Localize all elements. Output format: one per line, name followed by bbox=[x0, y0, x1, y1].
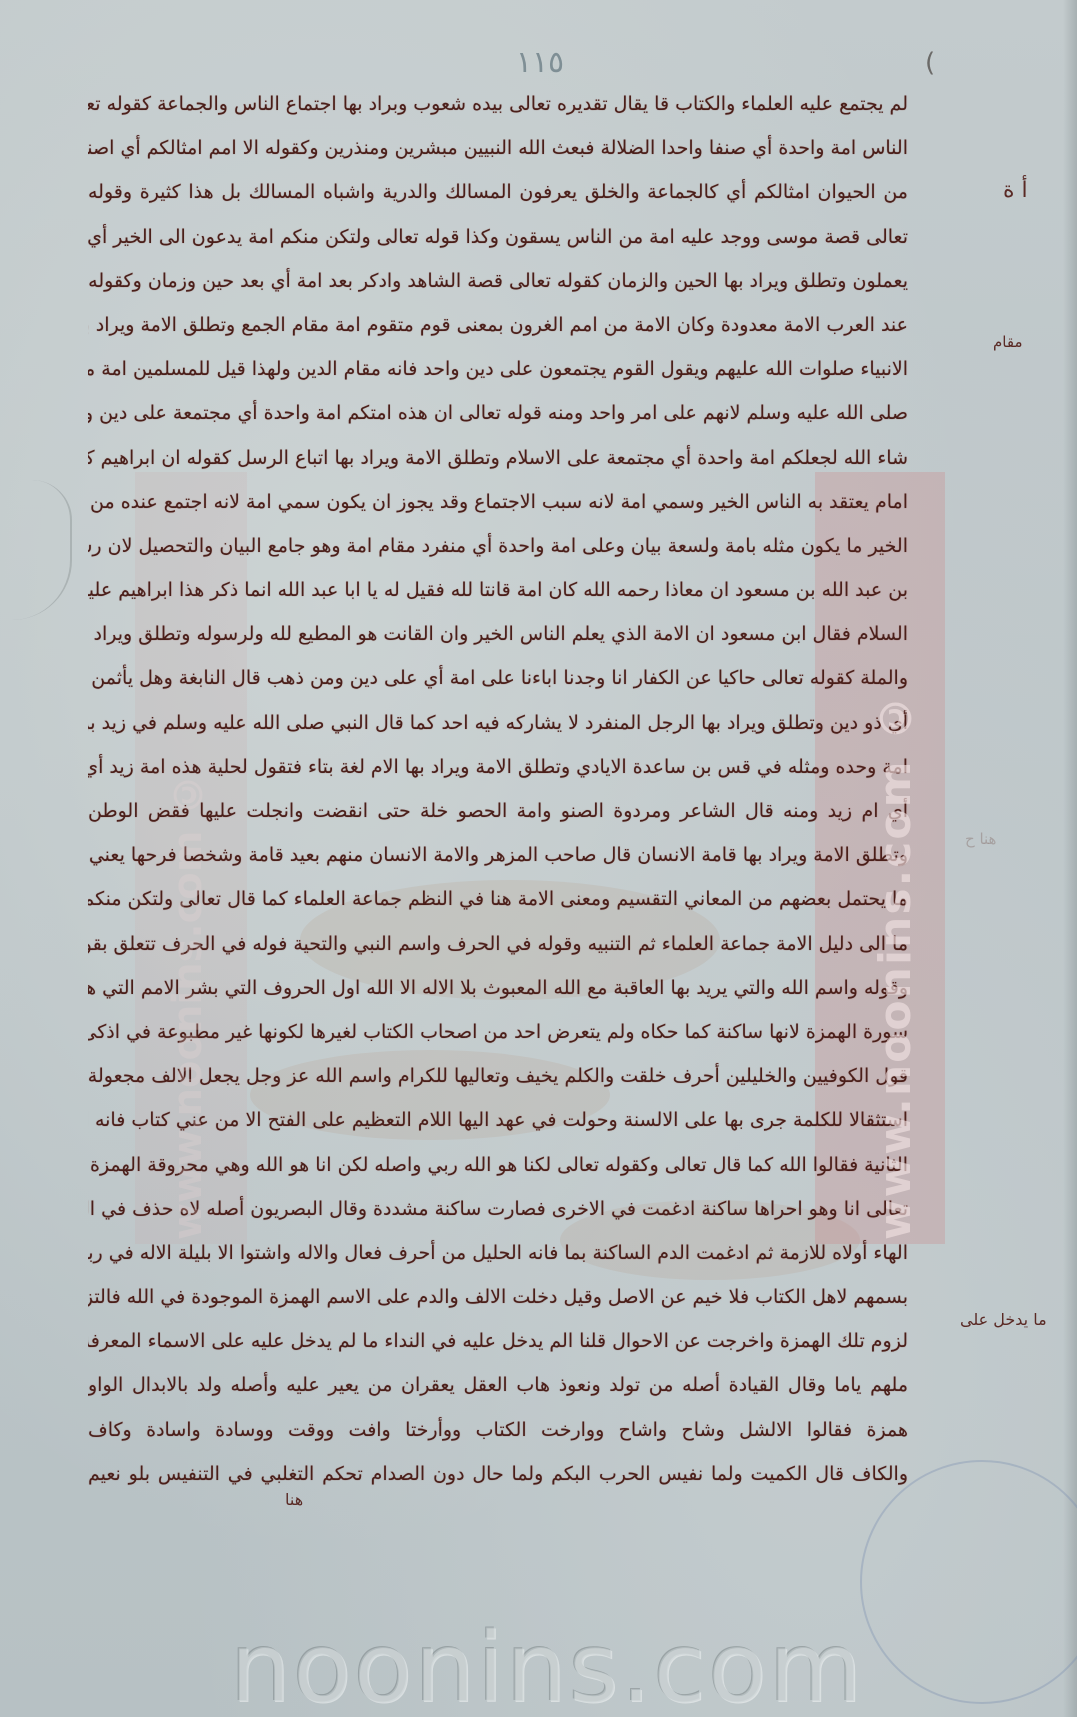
watermark-band-text-left: www.noonins.com © bbox=[165, 480, 215, 1240]
text-line: من الحيوان امثالكم أي كالجماعة والخلق يع… bbox=[88, 170, 908, 214]
manuscript-page: ١١٥ ( لم يجتمع عليه العلماء والكتاب قا ي… bbox=[0, 0, 1077, 1717]
text-line: ملهم ياما وقال القيادة أصله من تولد ونعو… bbox=[88, 1363, 908, 1407]
watermark-bottom: noonins.com bbox=[230, 1612, 850, 1717]
margin-note-right-top: أ ة bbox=[1003, 178, 1028, 203]
text-line: تعالى قصة موسى ووجد عليه امة من الناس يس… bbox=[88, 215, 908, 259]
text-line: والكاف قال الكميت ولما نفيس الحرب البكم … bbox=[88, 1452, 908, 1496]
text-line: يعملون وتطلق ويراد بها الحين والزمان كقو… bbox=[88, 259, 908, 303]
text-line: شاء الله لجعلكم امة واحدة أي مجتمعة على … bbox=[88, 436, 908, 480]
margin-note-right-lower: ما يدخل على bbox=[960, 1310, 1047, 1329]
torn-page-fold bbox=[0, 480, 72, 620]
text-line: صلى الله عليه وسلم لانهم على امر واحد وم… bbox=[88, 391, 908, 435]
text-line: الانبياء صلوات الله عليهم ويقول القوم يج… bbox=[88, 347, 908, 391]
page-edge bbox=[1063, 0, 1077, 1717]
text-line: لم يجتمع عليه العلماء والكتاب قا يقال تق… bbox=[88, 82, 908, 126]
text-line: لزوم تلك الهمزة واخرجت عن الاحوال قلنا ا… bbox=[88, 1319, 908, 1363]
faded-stamp-circle bbox=[860, 1460, 1077, 1704]
text-line: همزة فقالوا الالشل وشاح واشاح ووارخت الك… bbox=[88, 1408, 908, 1452]
text-line: عند العرب الامة معدودة وكان الامة من امم… bbox=[88, 303, 908, 347]
page-number: ١١٥ bbox=[490, 45, 590, 80]
text-line: الناس امة واحدة أي صنفا واحدا الضلالة فب… bbox=[88, 126, 908, 170]
margin-note-faint: هنا ح bbox=[965, 830, 996, 848]
watermark-band-text: www.noonins.com © bbox=[870, 480, 930, 1240]
corner-mark: ( bbox=[925, 48, 935, 78]
text-line: بسمهم لاهل الكتاب فلا خيم عن الاصل وقيل … bbox=[88, 1275, 908, 1319]
margin-note-bottom: هنا bbox=[285, 1490, 303, 1509]
margin-note-right-upper: مقام bbox=[993, 333, 1022, 351]
